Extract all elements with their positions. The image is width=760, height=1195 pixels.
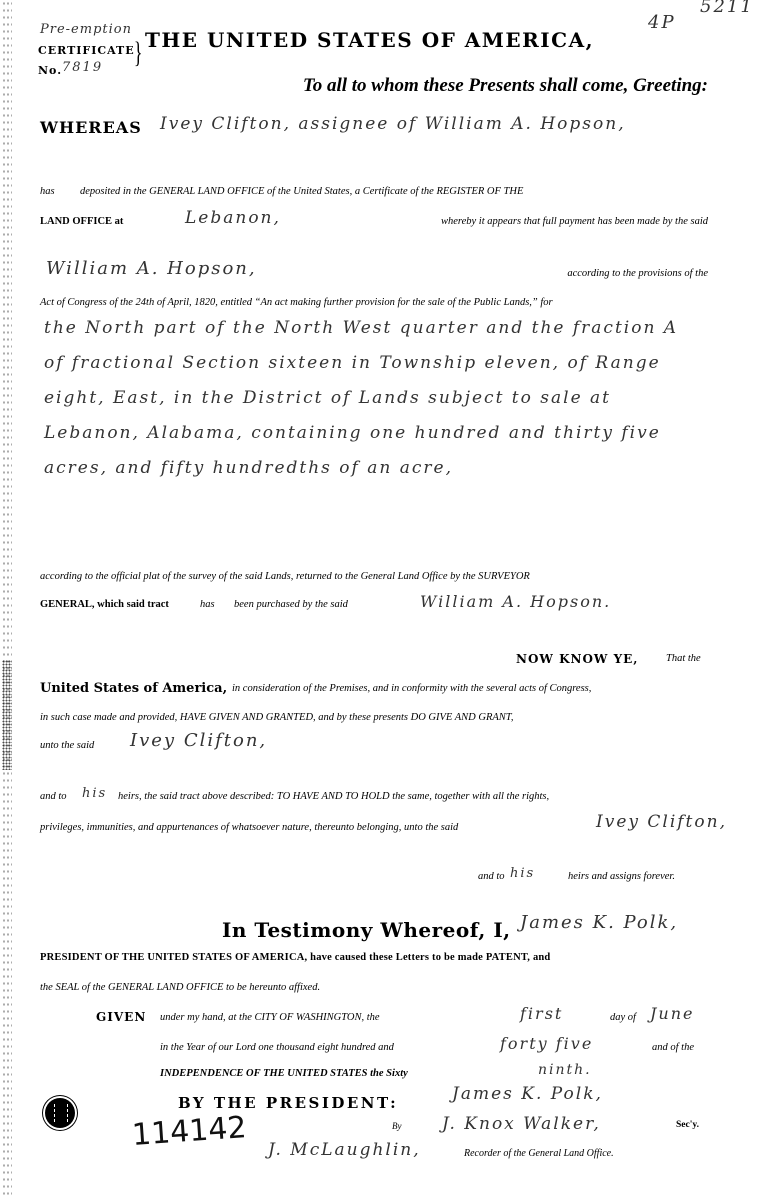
united-states-of-america: United States of America,	[40, 681, 227, 696]
recorder-signature: J. McLaughlin,	[268, 1140, 421, 1160]
year-words: forty five	[500, 1034, 593, 1053]
that-the: That the	[666, 653, 701, 664]
land-line: acres, and fifty hundredths of an acre,	[44, 458, 453, 478]
survey-line-2-prefix: GENERAL, which said tract	[40, 599, 169, 610]
president-signature-testimony: James K. Polk,	[520, 912, 678, 933]
by-the-president: BY THE PRESIDENT:	[178, 1094, 398, 1112]
scan-margin-strip	[2, 0, 12, 1195]
independence-year: ninth.	[538, 1062, 592, 1078]
act-of-congress-line: Act of Congress of the 24th of April, 18…	[40, 297, 710, 308]
survey-line-1: according to the official plat of the su…	[40, 571, 530, 582]
by-label: By	[392, 1121, 402, 1131]
whereas-grantee: Ivey Clifton, assignee of William A. Hop…	[160, 114, 626, 134]
margin-mark: 4P	[648, 12, 676, 33]
scan-margin-artifact	[2, 660, 12, 770]
survey-has: has	[200, 599, 215, 610]
land-office-name: Lebanon,	[185, 208, 281, 228]
assigns-prefix: and to	[478, 871, 505, 882]
land-office-label: LAND OFFICE at	[40, 216, 123, 227]
grant-line-2: in such case made and provided, HAVE GIV…	[40, 712, 513, 723]
assigns-pronoun: his	[510, 866, 535, 881]
deposit-line-3: according to the provisions of the	[567, 268, 708, 279]
land-line: Lebanon, Alabama, containing one hundred…	[44, 423, 661, 443]
testimony-line-1: PRESIDENT OF THE UNITED STATES OF AMERIC…	[40, 952, 550, 963]
now-know-ye: NOW KNOW YE,	[516, 652, 638, 666]
land-line: the North part of the North West quarter…	[44, 318, 678, 338]
given-day: first	[520, 1004, 563, 1023]
purchaser-name: William A. Hopson.	[420, 592, 611, 611]
privileges-line: privileges, immunities, and appurtenance…	[40, 822, 458, 833]
president-signature: James K. Polk,	[452, 1084, 603, 1104]
year-text: in the Year of our Lord one thousand eig…	[160, 1042, 394, 1053]
payer-name: William A. Hopson,	[46, 258, 257, 279]
margin-note-number: 5211	[700, 0, 754, 17]
heirs-pronoun: his	[82, 786, 107, 801]
given-text: under my hand, at the CITY OF WASHINGTON…	[160, 1012, 380, 1023]
deposit-line-2: whereby it appears that full payment has…	[441, 216, 708, 227]
heirs-prefix: and to	[40, 791, 67, 802]
given-month: June	[650, 1004, 695, 1023]
certificate-annotation: Pre-emption	[40, 22, 132, 37]
testimony-heading: In Testimony Whereof, I,	[222, 918, 511, 942]
land-line: eight, East, in the District of Lands su…	[44, 388, 611, 408]
certificate-brace: }	[134, 36, 143, 70]
recorder-title: Recorder of the General Land Office.	[464, 1148, 614, 1159]
assigns-suffix: heirs and assigns forever.	[568, 871, 675, 882]
grantee-name-2: Ivey Clifton,	[596, 812, 727, 832]
unto-the-said: unto the said	[40, 740, 94, 751]
document-title: THE UNITED STATES OF AMERICA,	[145, 28, 594, 52]
grant-line-1: in consideration of the Premises, and in…	[232, 683, 591, 694]
day-of: day of	[610, 1012, 636, 1023]
certificate-number-label: No.	[38, 64, 62, 77]
secretary-signature: J. Knox Walker,	[442, 1114, 601, 1134]
certificate-label: CERTIFICATE	[38, 44, 135, 57]
given-label: GIVEN	[96, 1010, 146, 1024]
general-land-office-seal	[45, 1098, 75, 1128]
deposit-line-1: deposited in the GENERAL LAND OFFICE of …	[80, 186, 710, 197]
and-of-the: and of the	[652, 1042, 694, 1053]
whereas-label: WHEREAS	[40, 118, 142, 137]
certificate-number: 7819	[62, 60, 103, 75]
serial-number: 114142	[131, 1110, 248, 1153]
testimony-line-2: the SEAL of the GENERAL LAND OFFICE to b…	[40, 982, 320, 993]
grantee-name: Ivey Clifton,	[130, 730, 267, 751]
survey-line-2-suffix: been purchased by the said	[234, 599, 348, 610]
independence-text: INDEPENDENCE OF THE UNITED STATES the Si…	[160, 1068, 408, 1079]
deposit-has: has	[40, 186, 55, 197]
secretary-title: Sec'y.	[676, 1120, 699, 1130]
greeting: To all to whom these Presents shall come…	[303, 75, 708, 97]
land-line: of fractional Section sixteen in Townshi…	[44, 353, 661, 373]
heirs-line: heirs, the said tract above described: T…	[118, 791, 549, 802]
